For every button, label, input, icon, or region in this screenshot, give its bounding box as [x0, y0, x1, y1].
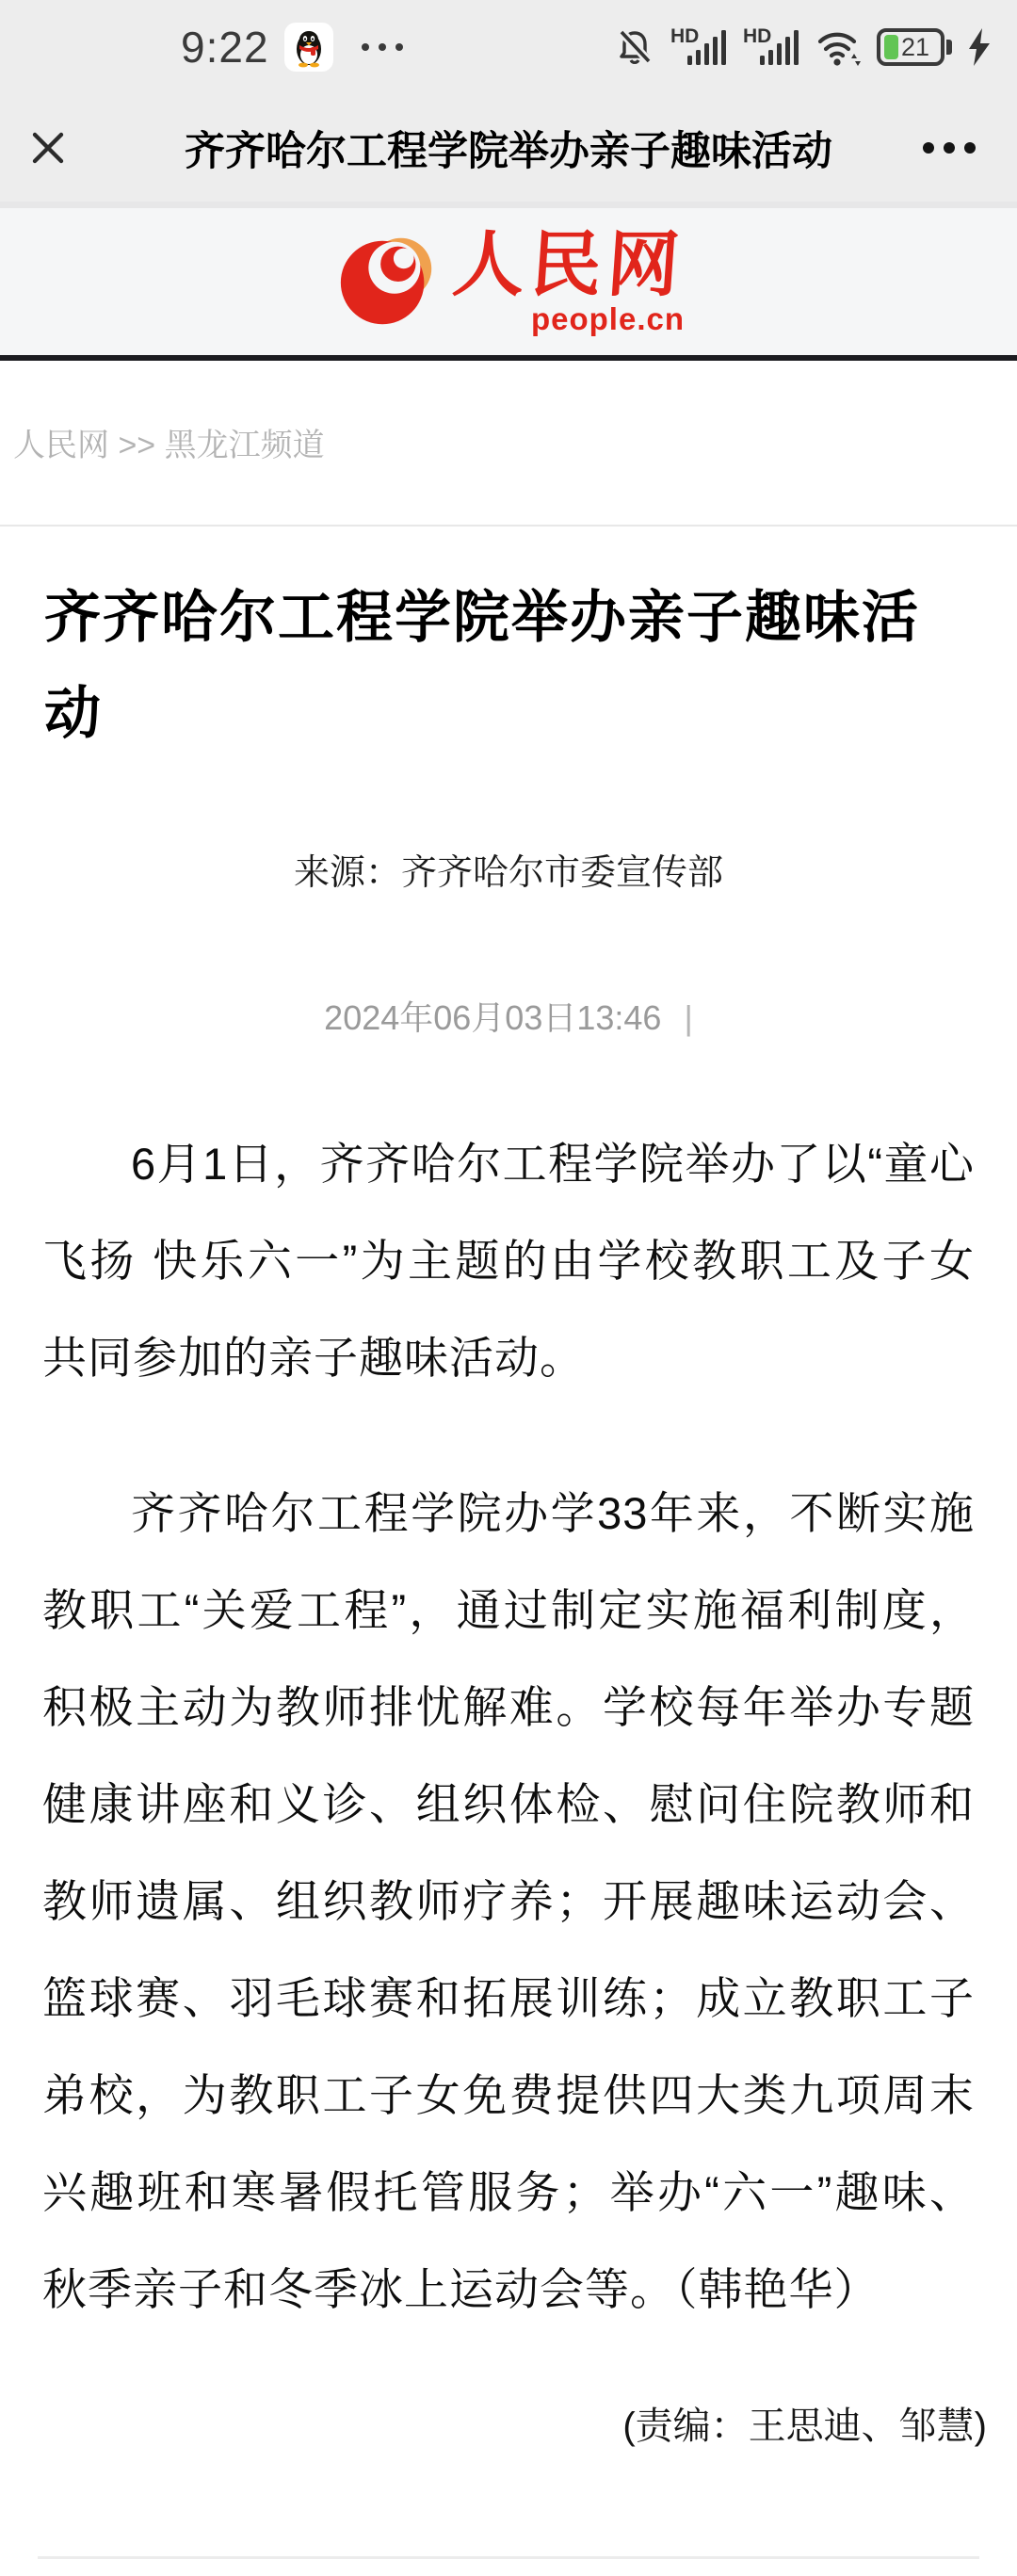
battery-indicator: 21	[877, 28, 952, 66]
breadcrumb-divider	[0, 525, 1017, 527]
close-icon	[28, 128, 68, 168]
logo-chinese-text: 人民网	[450, 230, 686, 301]
article-paragraph: 齐齐哈尔工程学院办学33年来，不断实施教职工“关爱工程”，通过制定实施福利制度，…	[42, 1465, 975, 2338]
charging-bolt-icon	[966, 26, 993, 68]
battery-level-fill	[884, 35, 898, 59]
webview-title-bar: 齐齐哈尔工程学院举办亲子趣味活动	[0, 94, 1017, 208]
phone-screen: 9:22	[0, 0, 1017, 2576]
more-menu-button[interactable]	[923, 94, 976, 202]
clock: 9:22	[181, 22, 269, 73]
cellular-signal-icon-2: HD	[743, 25, 801, 69]
cellular-signal-icon-1: HD	[670, 25, 729, 69]
footer-divider	[38, 2556, 979, 2559]
qq-app-icon	[284, 23, 333, 72]
editor-credit: (责编：王思迪、邹慧)	[0, 2396, 987, 2450]
battery-percent: 21	[901, 33, 929, 62]
breadcrumb-channel-link[interactable]: 黑龙江频道	[165, 428, 325, 463]
article-paragraph: 6月1日，齐齐哈尔工程学院举办了以“童心飞扬 快乐六一”为主题的由学校教职工及子…	[42, 1115, 975, 1406]
article-source: 来源：齐齐哈尔市委宣传部	[0, 843, 1017, 895]
site-header-banner: 人民网 people.cn	[0, 208, 1017, 355]
article-content: 人民网 >> 黑龙江频道 齐齐哈尔工程学院举办亲子趣味活动 来源：齐齐哈尔市委宣…	[0, 361, 1017, 2559]
breadcrumb-site-link[interactable]: 人民网	[13, 428, 109, 463]
notification-ellipsis-icon	[362, 43, 403, 51]
article-date: 2024年06月03日13:46	[324, 998, 661, 1037]
close-button[interactable]	[28, 94, 68, 202]
peoplecn-logo[interactable]: 人民网 people.cn	[332, 226, 685, 337]
date-separator: |	[684, 998, 692, 1037]
status-bar: 9:22	[0, 0, 1017, 94]
penguin-icon	[288, 26, 330, 68]
logo-domain-text: people.cn	[531, 303, 685, 334]
breadcrumb: 人民网 >> 黑龙江频道	[0, 361, 1017, 465]
wifi-icon	[815, 26, 863, 68]
mute-bell-icon	[613, 25, 656, 69]
breadcrumb-separator: >>	[118, 428, 155, 463]
peoplecn-globe-icon	[332, 226, 444, 337]
article-date-line: 2024年06月03日13:46 |	[0, 992, 1017, 1040]
page-title: 齐齐哈尔工程学院举办亲子趣味活动	[0, 120, 1017, 177]
article-title: 齐齐哈尔工程学院举办亲子趣味活动	[44, 570, 973, 762]
article-body: 6月1日，齐齐哈尔工程学院举办了以“童心飞扬 快乐六一”为主题的由学校教职工及子…	[42, 1115, 975, 2338]
